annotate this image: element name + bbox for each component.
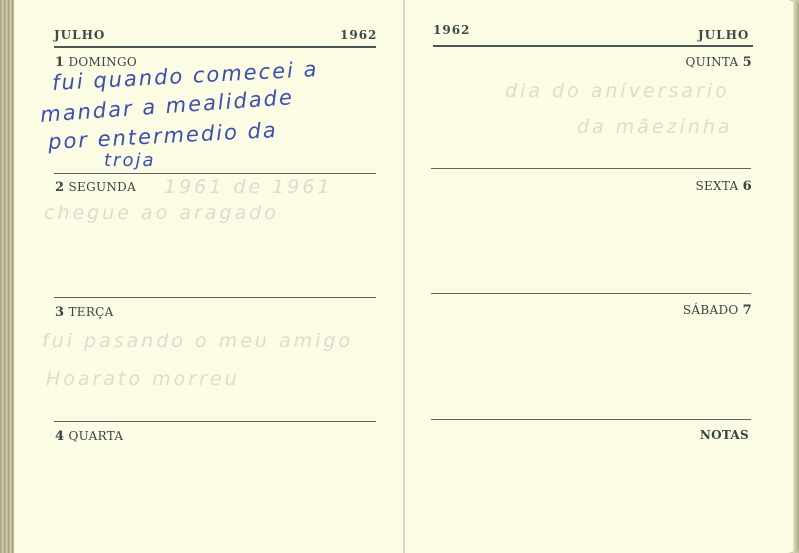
handwriting-line: troja (104, 150, 156, 171)
day-divider (54, 297, 376, 298)
header-rule (433, 45, 753, 47)
right-page: 1962 JULHO QUINTA 5 dia do aniversario d… (405, 0, 793, 553)
month-header: JULHO (698, 28, 749, 42)
day-label-6: SEXTA 6 (695, 179, 752, 194)
day-label-3: 3 TERÇA (55, 305, 114, 320)
bleed-through-text: 1961 de 1961 (164, 176, 333, 198)
day-divider (431, 419, 751, 420)
year-header: 1962 (340, 28, 377, 42)
notes-label: NOTAS (700, 428, 749, 442)
day-divider (431, 293, 751, 294)
left-page: JULHO 1962 1 DOMINGO fui quando comecei … (14, 0, 403, 553)
day-divider (54, 173, 376, 174)
page-edges-right (793, 0, 799, 553)
day-divider (431, 168, 751, 169)
day-label-2: 2 SEGUNDA (55, 180, 136, 195)
month-header: JULHO (54, 28, 105, 42)
day-label-5: QUINTA 5 (686, 55, 753, 70)
day-label-7: SÁBADO 7 (683, 303, 752, 318)
bleed-through-text: fui pasando o meu amigo (42, 330, 353, 352)
open-diary: JULHO 1962 1 DOMINGO fui quando comecei … (0, 0, 799, 553)
year-header: 1962 (433, 23, 470, 37)
bleed-through-text: Hoarato morreu (46, 368, 240, 390)
bleed-through-text: da mãezinha (577, 116, 733, 138)
day-label-4: 4 QUARTA (55, 429, 123, 444)
bleed-through-text: dia do aniversario (505, 80, 730, 102)
page-edges-left (0, 0, 14, 553)
bleed-through-text: chegue ao aragado (44, 202, 279, 224)
header-rule (54, 46, 376, 48)
day-divider (54, 421, 376, 422)
